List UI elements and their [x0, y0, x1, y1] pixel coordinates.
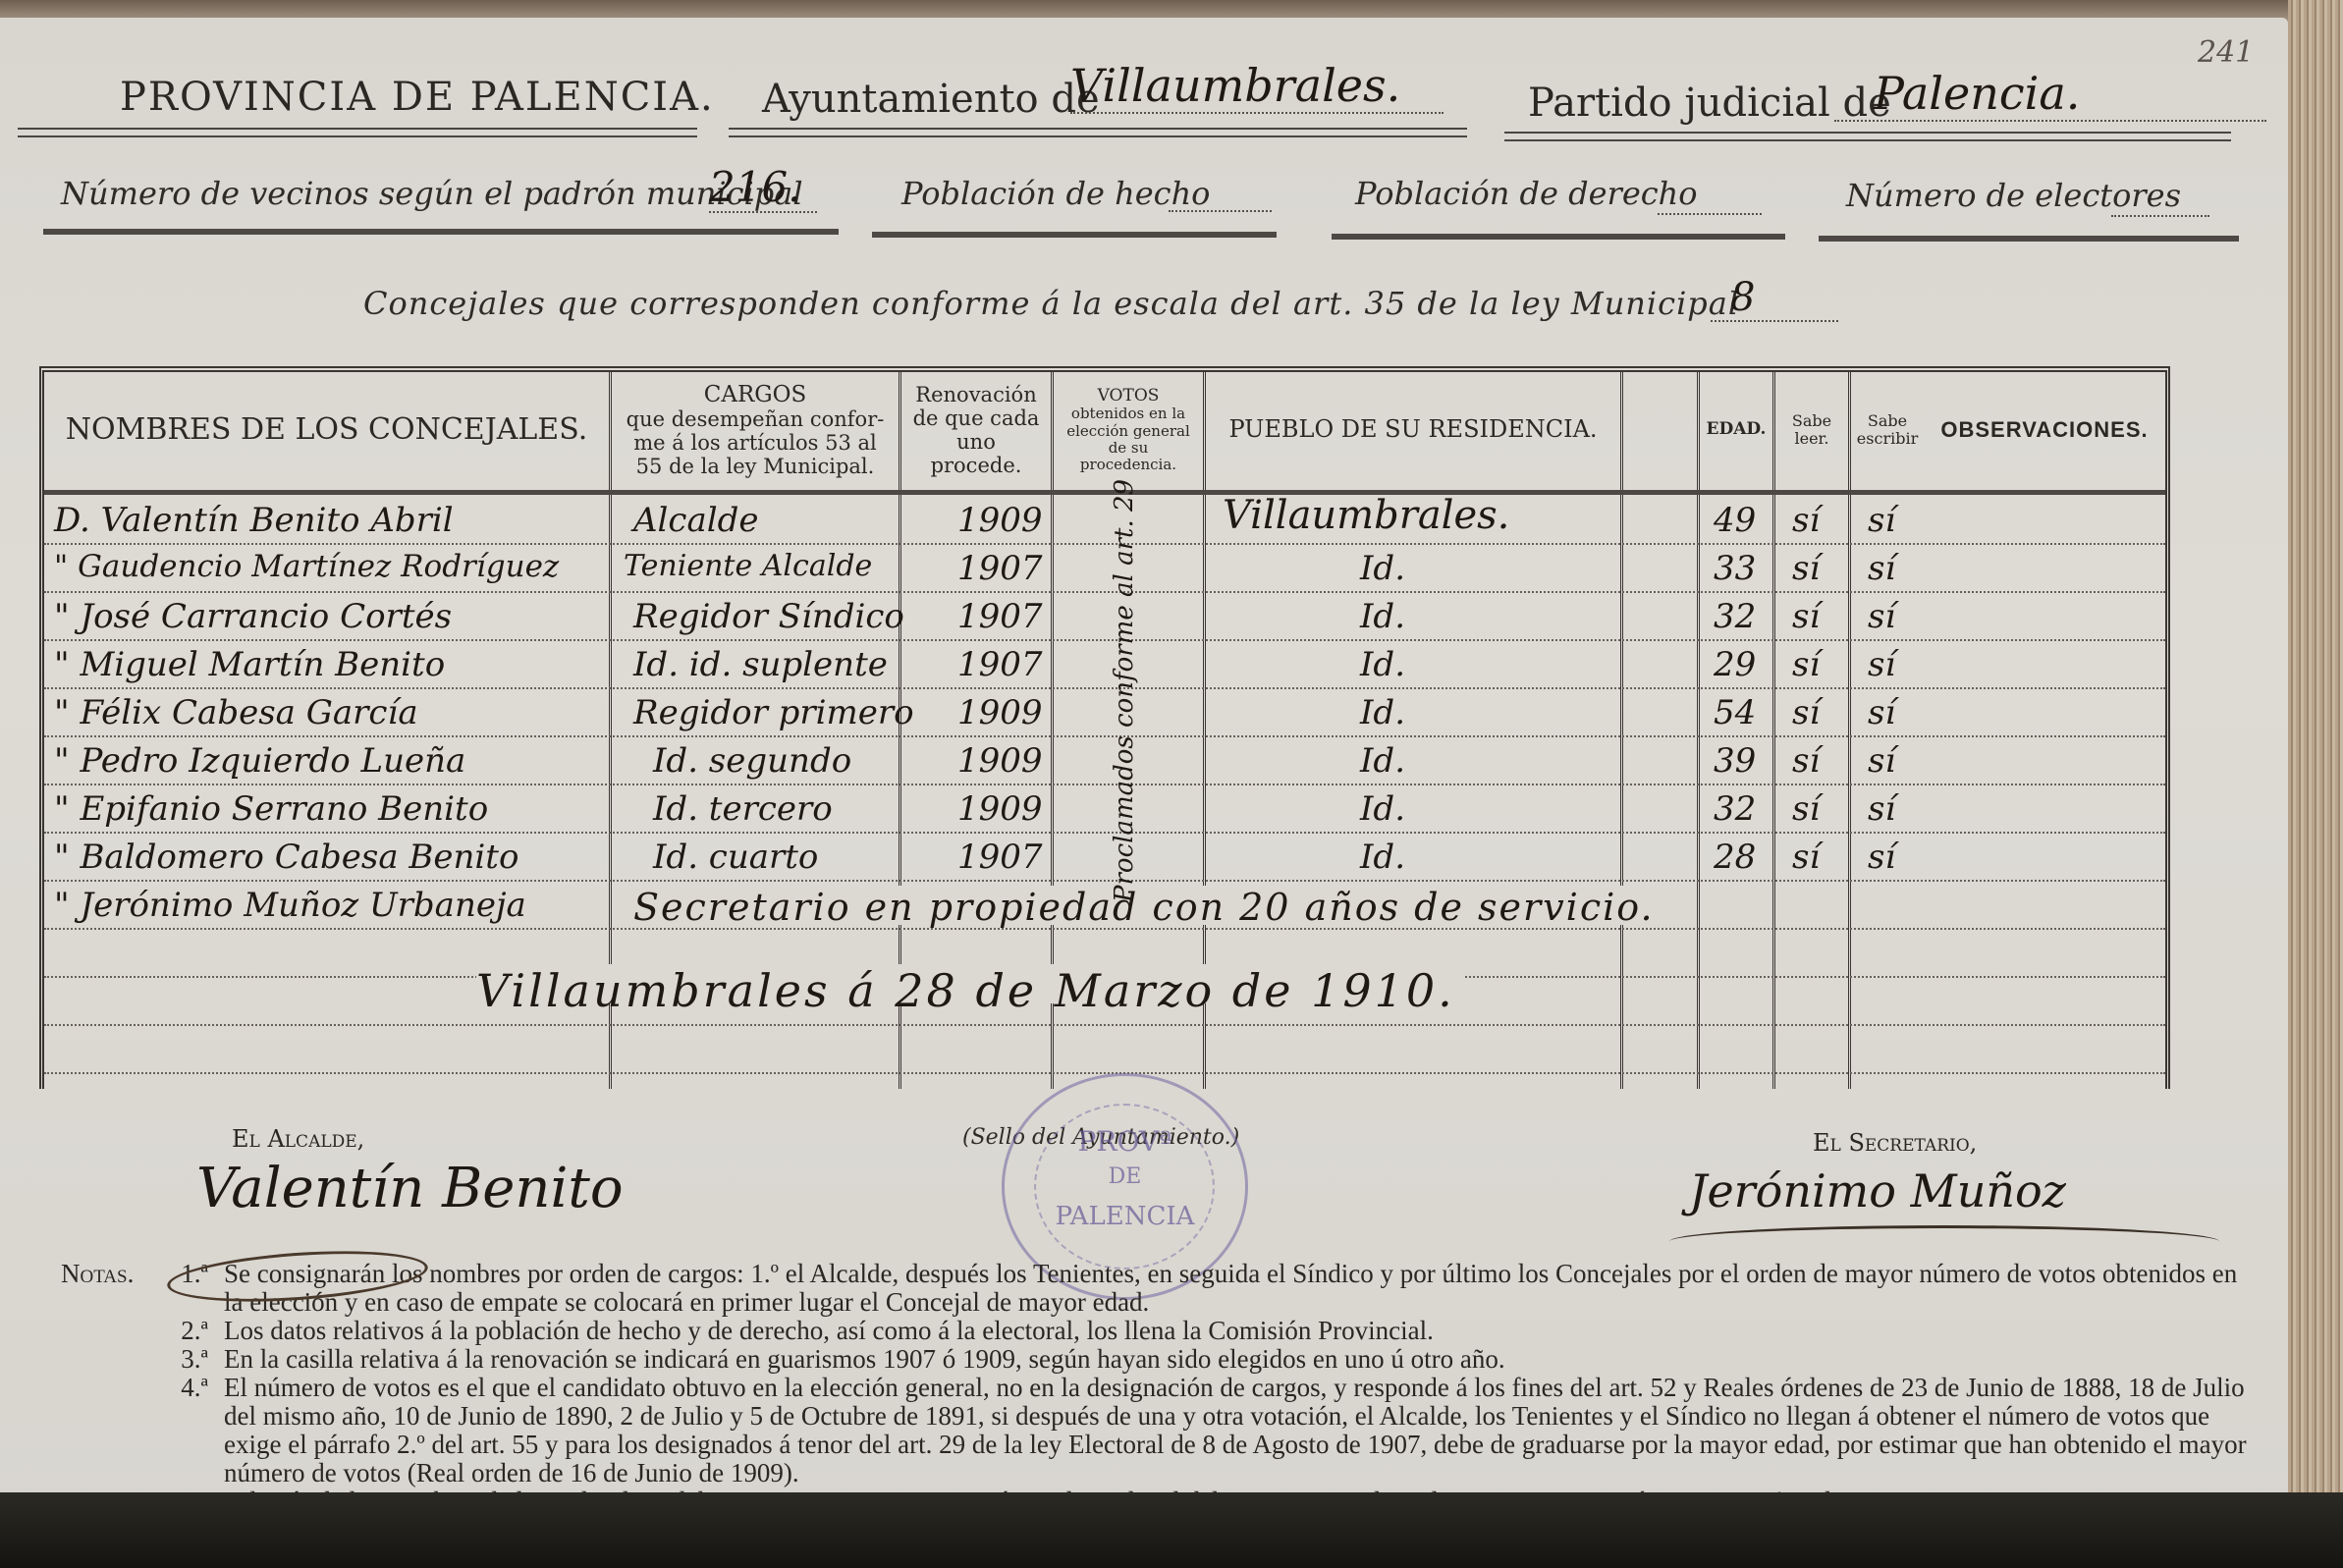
table-row: D. Valentín Benito Abril Alcalde 1909 Vi…: [44, 497, 2165, 545]
ayuntamiento-value: Villaumbrales.: [1070, 59, 1444, 114]
rule: [18, 128, 697, 137]
table-row: " Baldomero Cabesa Benito Id. cuarto 190…: [44, 834, 2165, 882]
header-pueblo: PUEBLO DE SU RESIDENCIA.: [1206, 372, 1620, 488]
header-sabe-leer: Sabe leer.: [1775, 372, 1848, 488]
electores-value: [2111, 214, 2209, 217]
table-row: " Gaudencio Martínez Rodríguez Teniente …: [44, 545, 2165, 593]
secretario-label: El Secretario,: [1813, 1129, 1977, 1157]
table-row: " Jerónimo Muñoz Urbaneja Secretario en …: [44, 882, 2165, 930]
secretario-signature: Jerónimo Muñoz: [1689, 1164, 2066, 1217]
signature-flourish: [1669, 1225, 2219, 1258]
header-observaciones: OBSERVACIONES.: [1927, 372, 2162, 488]
electores-label: Número de electores: [1846, 177, 2181, 214]
notes-section: Notas. 1.ª Se consignarán los nombres po…: [61, 1260, 2261, 1516]
vecinos-value: 216.: [709, 163, 817, 213]
rule: [1504, 132, 2231, 141]
poblacion-derecho-value: [1658, 212, 1762, 215]
table-row: " Epifanio Serrano Benito Id. tercero 19…: [44, 785, 2165, 834]
header-votos: VOTOS obtenidos en la elección general d…: [1054, 372, 1203, 488]
concejales-value: 8: [1711, 275, 1838, 322]
concejales-label: Concejales que corresponden conforme á l…: [363, 285, 1739, 322]
alcalde-label: El Alcalde,: [232, 1125, 364, 1153]
note-item: 3.ª En la casilla relativa á la renovaci…: [61, 1345, 2261, 1374]
votos-vertical-note: Proclamados conforme al art. 29: [1110, 479, 1139, 902]
poblacion-hecho-value: [1169, 209, 1272, 212]
book-page-edges: [2288, 0, 2343, 1568]
rule: [872, 232, 1277, 238]
header-cargos: CARGOS que desempeñan confor- me á los a…: [612, 372, 899, 488]
rule: [729, 128, 1467, 137]
rule: [43, 229, 839, 235]
document-page: PROVINCIA DE PALENCIA. Ayuntamiento de V…: [0, 18, 2288, 1535]
table-row: Villaumbrales á 28 de Marzo de 1910.: [44, 978, 2165, 1026]
note-item: 2.ª Los datos relativos á la población d…: [61, 1317, 2261, 1345]
poblacion-hecho-label: Población de hecho: [901, 175, 1210, 212]
header-edad: EDAD.: [1700, 372, 1772, 488]
date-line: Villaumbrales á 28 de Marzo de 1910.: [476, 964, 1463, 1003]
folio-number: 241: [2198, 35, 2254, 70]
table-row: " Félix Cabesa García Regidor primero 19…: [44, 689, 2165, 737]
header-sabe-escribir: Sabe escribir: [1851, 372, 1924, 488]
note-item: 4.ª El número de votos es el que el cand…: [61, 1374, 2261, 1487]
table-row: " Pedro Izquierdo Lueña Id. segundo 1909…: [44, 737, 2165, 785]
concejales-table: NOMBRES DE LOS CONCEJALES. CARGOS que de…: [39, 366, 2170, 1089]
table-row: [44, 1026, 2165, 1074]
provincia-title: PROVINCIA DE PALENCIA.: [120, 75, 715, 120]
header-renovacion: Renovación de que cada uno procede.: [901, 372, 1051, 488]
rule: [1332, 234, 1785, 240]
partido-judicial-value: Palencia.: [1834, 67, 2266, 122]
rule: [1819, 236, 2239, 242]
table-row: " Miguel Martín Benito Id. id. suplente …: [44, 641, 2165, 689]
book-cover-bottom: [0, 1492, 2343, 1568]
alcalde-signature: Valentín Benito: [196, 1157, 624, 1220]
ayuntamiento-label: Ayuntamiento de: [762, 77, 1100, 122]
header-nombres: NOMBRES DE LOS CONCEJALES.: [44, 372, 609, 488]
table-row: " José Carrancio Cortés Regidor Síndico …: [44, 593, 2165, 641]
vecinos-label: Número de vecinos según el padrón munici…: [61, 175, 803, 212]
poblacion-derecho-label: Población de derecho: [1355, 175, 1698, 212]
